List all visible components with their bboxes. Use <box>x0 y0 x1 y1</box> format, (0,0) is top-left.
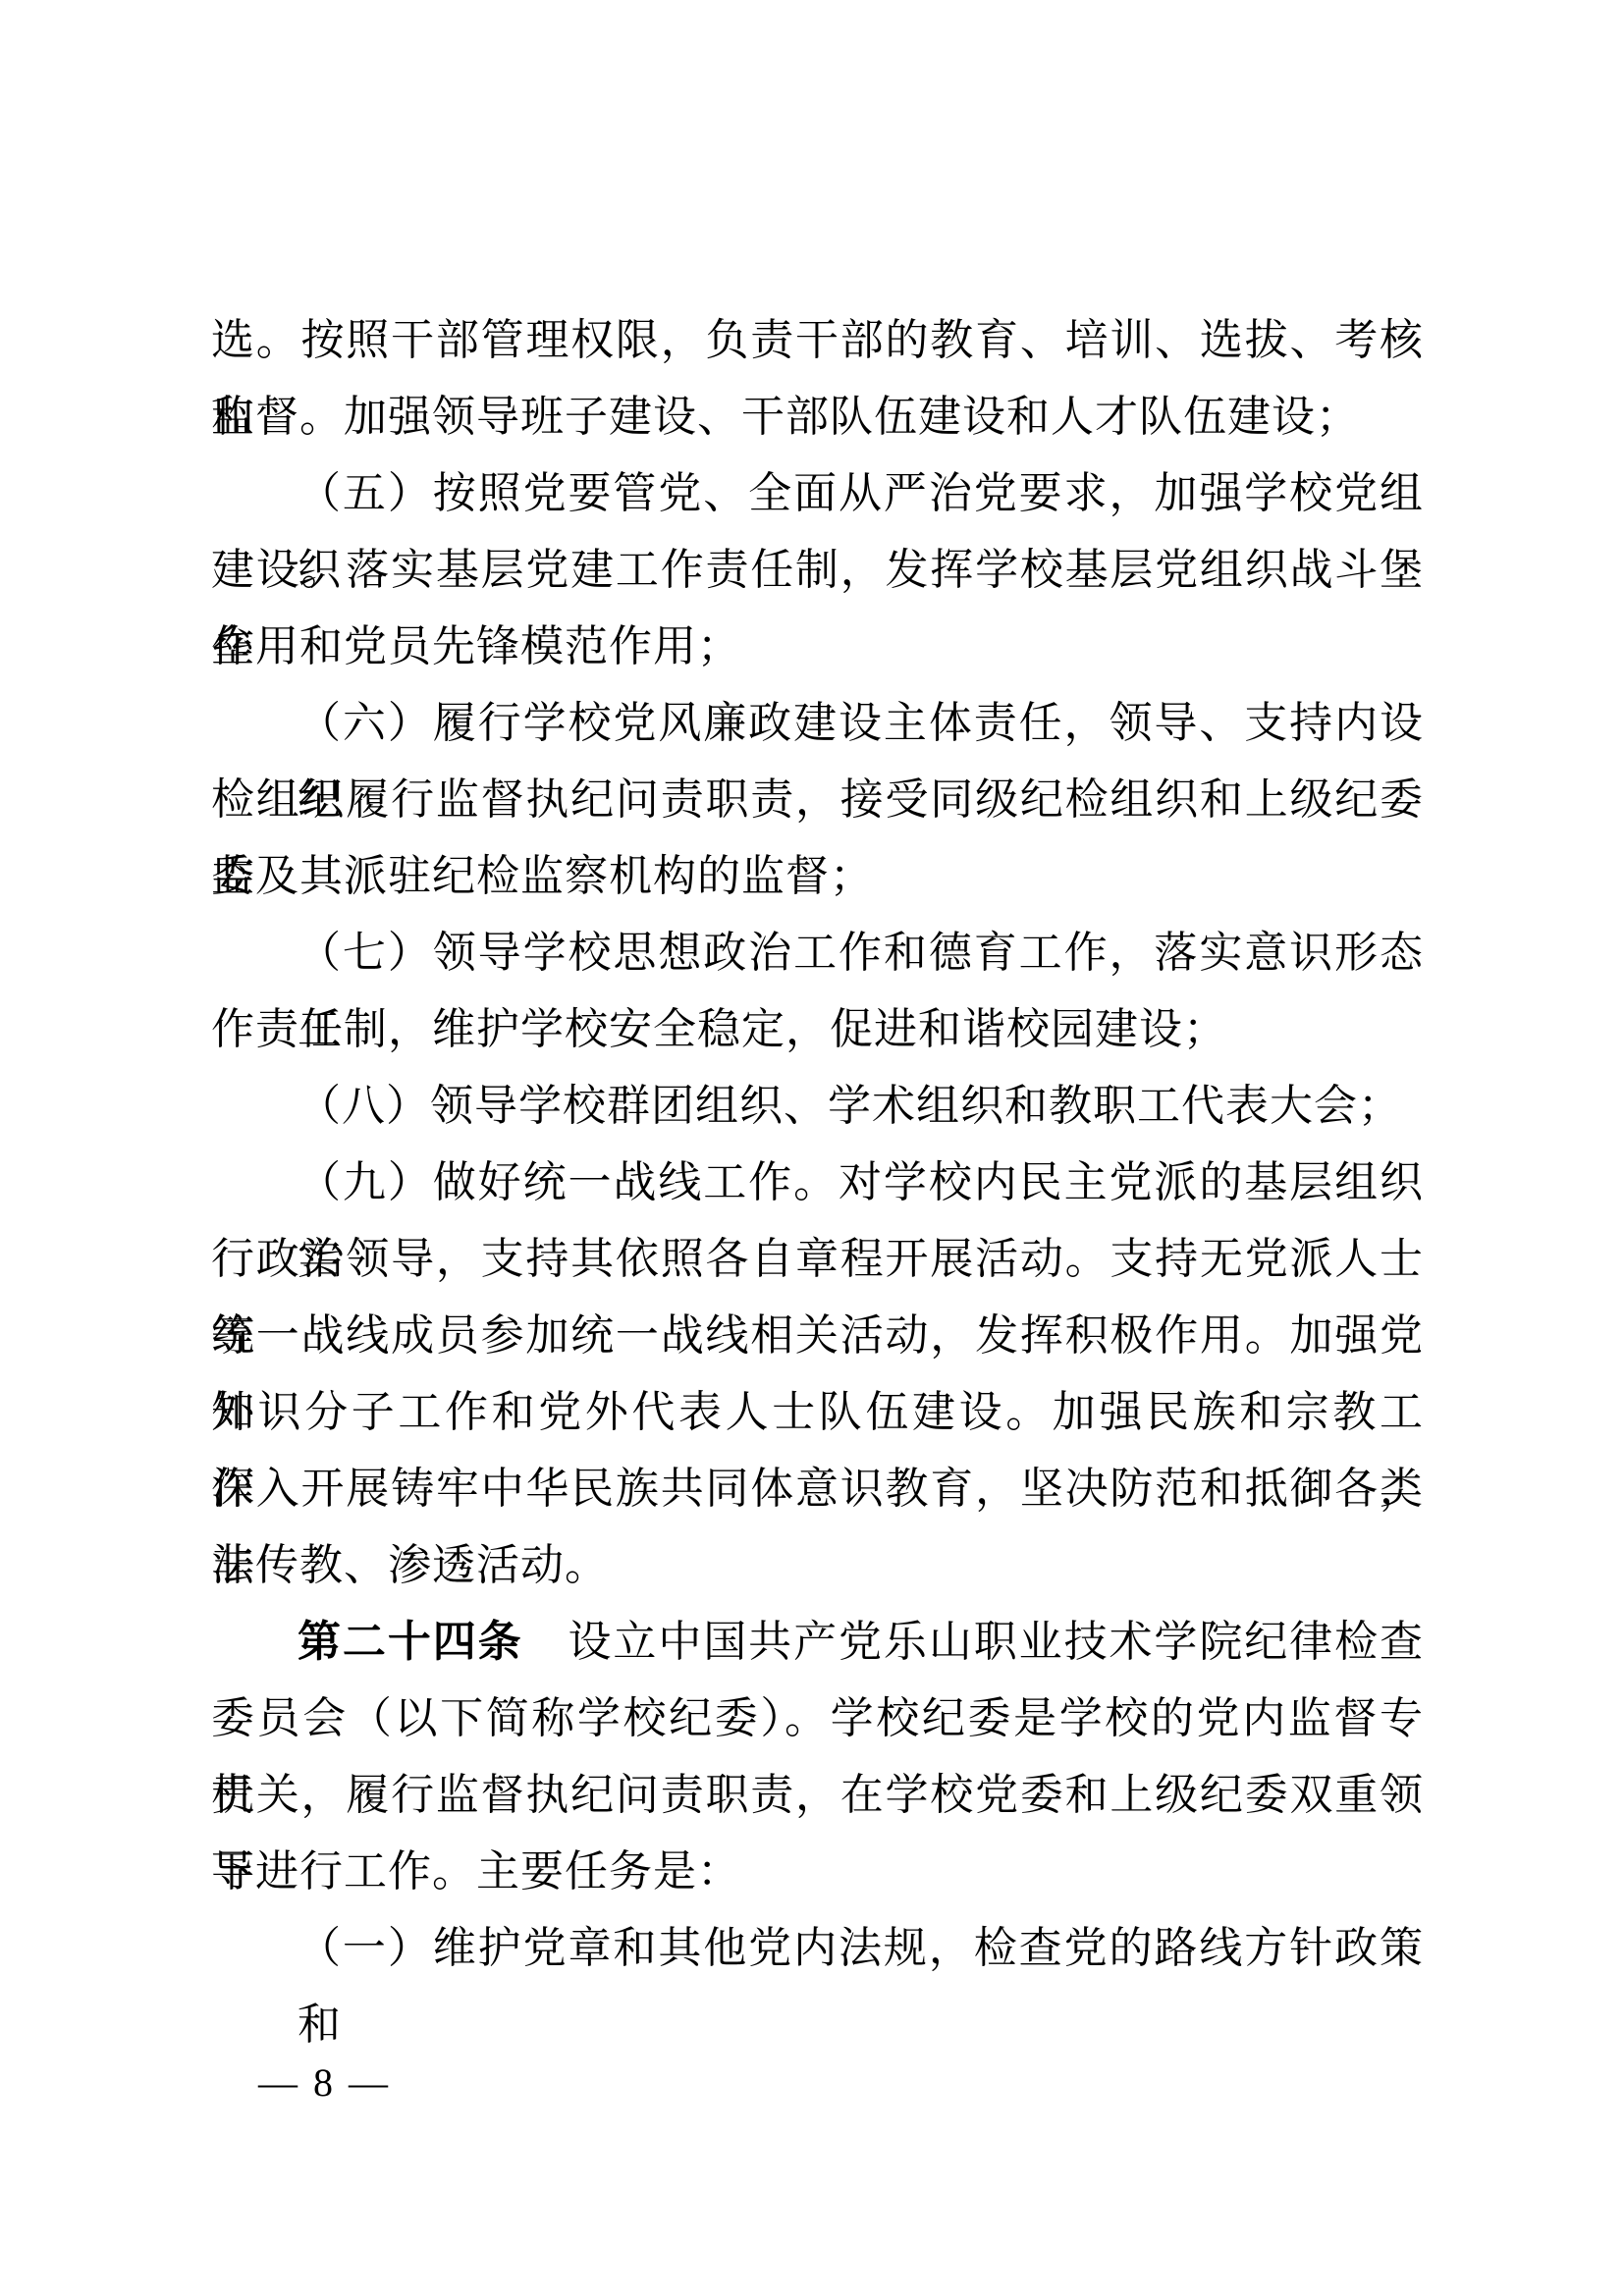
text-line: （一）维护党章和其他党内法规，检查党的路线方针政策和 <box>211 1910 1424 1987</box>
page-number: — 8 — <box>258 2060 391 2105</box>
document-body: 选。按照干部管理权限，负责干部的教育、培训、选拔、考核和 监督。加强领导班子建设… <box>211 302 1424 1987</box>
text-line: 建设。落实基层党建工作责任制，发挥学校基层党组织战斗堡垒 <box>211 532 1424 609</box>
text-line: 作责任制，维护学校安全稳定，促进和谐校园建设； <box>211 991 1424 1068</box>
page-footer: — 8 — <box>258 2059 391 2107</box>
text-line: 深入开展铸牢中华民族共同体意识教育，坚决防范和抵御各类非 <box>211 1451 1424 1527</box>
article-text: 设立中国共产党乐山职业技术学院纪律检查 <box>523 1618 1424 1666</box>
text-line: 机关，履行监督执纪问责职责，在学校党委和上级纪委双重领导 <box>211 1757 1424 1834</box>
text-line: 监督。加强领导班子建设、干部队伍建设和人才队伍建设； <box>211 379 1424 455</box>
text-line-article-24: 第二十四条 设立中国共产党乐山职业技术学院纪律检查 <box>211 1604 1424 1681</box>
text-line: 检组织履行监督执纪问责职责，接受同级纪检组织和上级纪委监 <box>211 762 1424 838</box>
text-line: 统一战线成员参加统一战线相关活动，发挥积极作用。加强党外 <box>211 1298 1424 1374</box>
article-number: 第二十四条 <box>298 1618 523 1666</box>
text-line: （五）按照党要管党、全面从严治党要求，加强学校党组织 <box>211 455 1424 532</box>
text-line: 选。按照干部管理权限，负责干部的教育、培训、选拔、考核和 <box>211 302 1424 379</box>
text-line: 委员会（以下简称学校纪委）。学校纪委是学校的党内监督专责 <box>211 1681 1424 1757</box>
text-line: （七）领导学校思想政治工作和德育工作，落实意识形态工 <box>211 915 1424 991</box>
text-line: 作用和党员先锋模范作用； <box>211 609 1424 685</box>
text-line: 下进行工作。主要任务是： <box>211 1834 1424 1910</box>
text-line: （八）领导学校群团组织、学术组织和教职工代表大会； <box>211 1068 1424 1145</box>
text-line: 委及其派驻纪检监察机构的监督； <box>211 838 1424 915</box>
text-line: （九）做好统一战线工作。对学校内民主党派的基层组织实 <box>211 1145 1424 1221</box>
document-page: 选。按照干部管理权限，负责干部的教育、培训、选拔、考核和 监督。加强领导班子建设… <box>0 0 1624 2296</box>
text-line: 法传教、渗透活动。 <box>211 1527 1424 1604</box>
text-line: 行政治领导，支持其依照各自章程开展活动。支持无党派人士等 <box>211 1221 1424 1298</box>
text-line: 知识分子工作和党外代表人士队伍建设。加强民族和宗教工作， <box>211 1374 1424 1451</box>
text-line: （六）履行学校党风廉政建设主体责任，领导、支持内设纪 <box>211 685 1424 762</box>
